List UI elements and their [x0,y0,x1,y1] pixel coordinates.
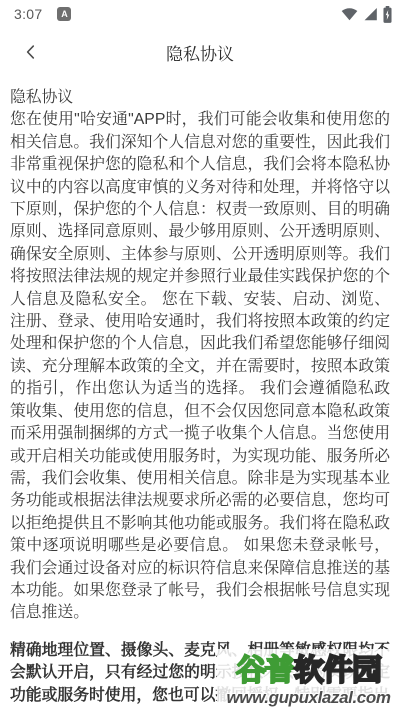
app-bar: 隐私协议 [0,26,400,78]
battery-charging-icon [383,6,392,23]
status-icon-group [341,6,392,23]
back-chevron-icon [20,41,42,63]
policy-section-heading: 隐私协议 [10,87,390,109]
page-title: 隐私协议 [166,40,234,65]
policy-scroll-area[interactable]: 隐私协议 您在使用"哈安通"APP时，我们可能会收集和使用您的相关信息。我们深知… [0,78,400,707]
policy-paragraph-main: 您在使用"哈安通"APP时，我们可能会收集和使用您的相关信息。我们深知个人信息对… [10,109,390,624]
cellular-signal-icon [363,7,378,21]
back-button[interactable] [16,37,46,67]
app-screen: 3:07 A [0,0,400,712]
policy-paragraph-permissions: 精确地理位置、摄像头、麦克风、相册等敏感权限均不会默认开启，只有经过您的明示授权… [10,640,390,707]
notification-app-icon: A [57,7,71,21]
status-time: 3:07 [14,6,42,22]
wifi-icon [341,7,358,21]
status-bar: 3:07 A [0,0,400,26]
